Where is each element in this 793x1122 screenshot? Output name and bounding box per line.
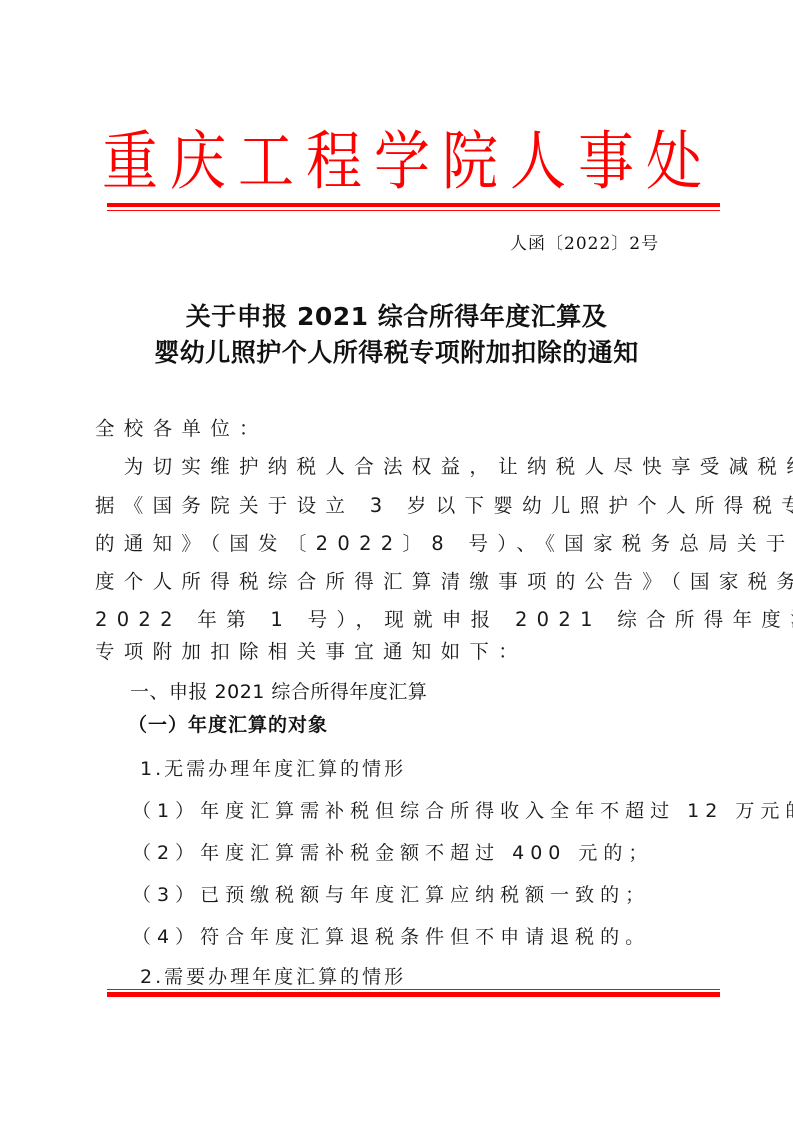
paragraph-line: 度个人所得税综合所得汇算清缴事项的公告》（国家税务总局公告 bbox=[95, 570, 715, 594]
footer-rule-thin bbox=[107, 989, 720, 990]
masthead-char: 事 bbox=[578, 131, 634, 195]
footer-rule-thick bbox=[107, 992, 720, 997]
masthead-char: 院 bbox=[442, 131, 498, 195]
masthead-rule-thin bbox=[107, 210, 720, 211]
document-title-line-1: 关于申报 2021 综合所得年度汇算及 bbox=[0, 297, 793, 333]
section-heading: 一、申报 2021 综合所得年度汇算 bbox=[130, 677, 427, 704]
salutation: 全校各单位： bbox=[95, 417, 715, 441]
list-item: （4）符合年度汇算退税条件但不申请退税的。 bbox=[132, 922, 650, 949]
paragraph-line: 专项附加扣除相关事宜通知如下： bbox=[95, 640, 715, 664]
masthead-title: 重 庆 工 程 学 院 人 事 处 bbox=[102, 128, 702, 198]
masthead-char: 程 bbox=[306, 131, 362, 195]
masthead-char: 工 bbox=[238, 131, 294, 195]
document-title-line-2: 婴幼儿照护个人所得税专项附加扣除的通知 bbox=[0, 333, 793, 369]
masthead-char: 处 bbox=[646, 131, 702, 195]
paragraph-line: 为切实维护纳税人合法权益，让纳税人尽快享受减税红利，根 bbox=[95, 455, 715, 479]
paragraph-line: 的通知》（国发〔2022〕8 号）、《国家税务总局关于办理 2021 年 bbox=[95, 532, 715, 556]
list-item: （1）年度汇算需补税但综合所得收入全年不超过 12 万元的； bbox=[132, 796, 793, 823]
paragraph-line: 2022 年第 1 号），现就申报 2021 综合所得年度汇算及婴幼儿照护 bbox=[95, 608, 715, 632]
masthead-char: 人 bbox=[510, 131, 566, 195]
subsection-heading: （一）年度汇算的对象 bbox=[128, 710, 328, 737]
list-item: （3）已预缴税额与年度汇算应纳税额一致的； bbox=[132, 880, 650, 907]
document-number: 人函〔2022〕2号 bbox=[510, 229, 659, 254]
masthead-char: 重 bbox=[102, 131, 158, 195]
paragraph-line: 据《国务院关于设立 3 岁以下婴幼儿照护个人所得税专项附加扣除 bbox=[95, 494, 715, 518]
masthead-rule-thick bbox=[107, 203, 720, 207]
point-heading: 1.无需办理年度汇算的情形 bbox=[140, 754, 406, 781]
masthead-char: 学 bbox=[374, 131, 430, 195]
point-heading: 2.需要办理年度汇算的情形 bbox=[140, 962, 406, 989]
list-item: （2）年度汇算需补税金额不超过 400 元的； bbox=[132, 838, 653, 865]
masthead-char: 庆 bbox=[170, 131, 226, 195]
